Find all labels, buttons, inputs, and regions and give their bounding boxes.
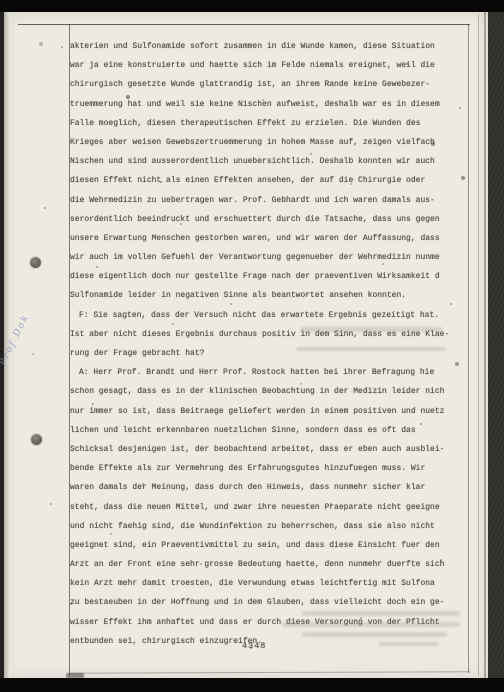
page-stack-edge bbox=[478, 14, 479, 676]
text-line: lichen und leicht erkennbaren nuetzliche… bbox=[70, 421, 462, 440]
page-stack-edge bbox=[484, 11, 486, 679]
text-line: geeignet sind, ein Praeventivmittel zu s… bbox=[70, 536, 462, 555]
typed-text: akterien und Sulfonamide sofort zusammen… bbox=[70, 37, 462, 651]
frame-rule-right-margin bbox=[468, 24, 469, 673]
frame-rule-bottom bbox=[69, 671, 470, 673]
punch-hole bbox=[31, 434, 42, 445]
text-line: war ja eine konstruierte und haette sich… bbox=[70, 56, 462, 75]
text-line: unsere Erwartung Menschen gestorben ware… bbox=[70, 229, 462, 248]
text-line: nur immer so ist, dass Beitraege geliefe… bbox=[70, 402, 462, 421]
text-line: bende Effekte als zur Vermehrung des Erf… bbox=[70, 459, 462, 478]
text-line: die Wehrmedizin zu uebertragen war. Prof… bbox=[70, 191, 462, 210]
text-line: truemmerung hat und weil sie keine Nisch… bbox=[70, 95, 462, 114]
text-line: Sulfonamide leider in negativen Sinne al… bbox=[70, 286, 462, 305]
text-line: diese eigentlich doch nur gestellte Frag… bbox=[70, 267, 462, 286]
text-line: akterien und Sulfonamide sofort zusammen… bbox=[70, 37, 462, 56]
text-line: kein Arzt mehr damit troesten, die Verwu… bbox=[70, 574, 462, 593]
text-line: serordentlich beeindruckt und erschuette… bbox=[70, 210, 462, 229]
frame-rule-top bbox=[18, 24, 470, 25]
bleed-through-text bbox=[379, 642, 439, 646]
photo-border-bottom bbox=[0, 678, 504, 692]
text-line: waren damals der Meinung, dass durch den… bbox=[70, 478, 462, 497]
photo-of-document: Prof Dok akterien und Sulfonamide sofort… bbox=[0, 0, 504, 692]
text-line: Nischen und sind ausserordentlich unuebe… bbox=[70, 152, 462, 171]
text-line: F: Sie sagten, dass der Versuch nicht da… bbox=[70, 306, 462, 325]
text-line: Krieges aber weisen Gewebszertruemmerung… bbox=[70, 133, 462, 152]
text-line: steht, dass die neuen Mittel, und zwar i… bbox=[70, 498, 462, 517]
text-line: A: Herr Prof. Brandt und Herr Prof. Rost… bbox=[70, 363, 462, 382]
bleed-through-text bbox=[302, 611, 460, 616]
text-line: wir auch im vollen Gefuehl der Verantwor… bbox=[70, 248, 462, 267]
bleed-through-text bbox=[302, 632, 447, 637]
text-line: zu bestaeuben in der Hoffnung und in dem… bbox=[70, 593, 462, 612]
bleed-through-text bbox=[296, 347, 446, 351]
bleed-through-text bbox=[300, 327, 442, 332]
text-line: diesen Effekt nicht als einen Effekten a… bbox=[70, 171, 462, 190]
text-line: schon gesagt, dass es in der klinischen … bbox=[70, 382, 462, 401]
bleed-through-text bbox=[282, 622, 460, 627]
text-line: Arzt an der Front eine sehr grosse Bedeu… bbox=[70, 555, 462, 574]
scanned-document-page: Prof Dok akterien und Sulfonamide sofort… bbox=[4, 11, 488, 679]
page-number: 4348 bbox=[242, 641, 266, 651]
photo-border-top bbox=[0, 0, 504, 12]
text-line: Falle moeglich, diesen therapeutischen E… bbox=[70, 114, 462, 133]
punch-hole bbox=[30, 257, 41, 268]
text-line: Schicksal desjenigen ist, der beobachten… bbox=[70, 440, 462, 459]
text-line: chirurgisch gesetzte Wunde glattrandig i… bbox=[70, 75, 462, 94]
text-line: und nicht faehig sind, die Wundinfektion… bbox=[70, 517, 462, 536]
